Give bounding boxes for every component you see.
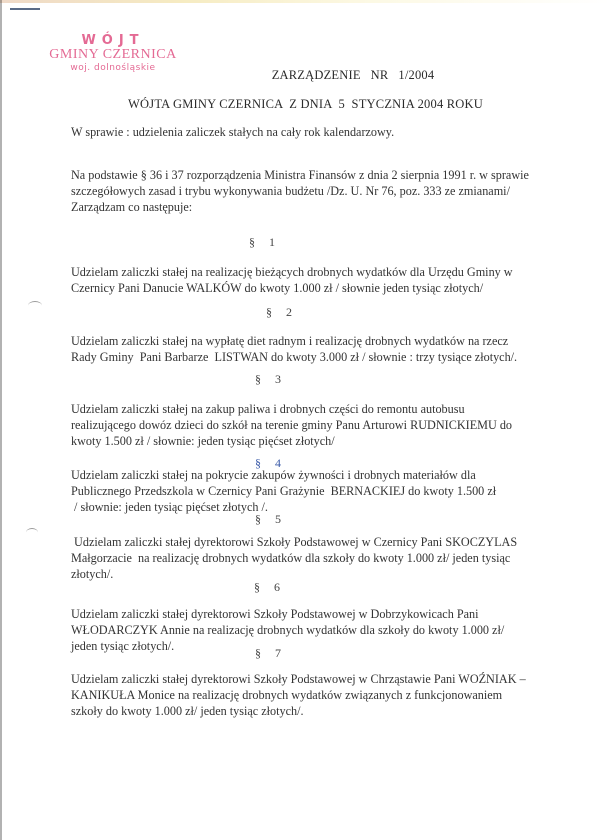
section-heading-3: §3 (255, 372, 281, 387)
section-body-3: Udzielam zaliczki stałej na zakup paliwa… (71, 401, 561, 449)
section-line: realizującego dowóz dzieci do szkół na t… (71, 417, 561, 433)
scan-mark (10, 8, 40, 10)
section-symbol: § (266, 305, 272, 319)
section-line: Udzielam zaliczki stałej dyrektorowi Szk… (71, 534, 561, 550)
section-number: 6 (274, 580, 280, 594)
section-line: / słownie: jeden tysiąc pięćset złotych … (71, 499, 561, 515)
legal-basis-line: Na podstawie § 36 i 37 rozporządzenia Mi… (71, 167, 561, 183)
section-line: Udzielam zaliczki stałej na zakup paliwa… (71, 401, 561, 417)
section-line: Rady Gminy Pani Barbarze LISTWAN do kwot… (71, 349, 561, 365)
document-subtitle: WÓJTA GMINY CZERNICA Z DNIA 5 STYCZNIA 2… (0, 97, 611, 112)
section-line: WŁODARCZYK Annie na realizację drobnych … (71, 622, 561, 638)
punch-hole-mark (28, 301, 42, 310)
section-line: Udzielam zaliczki stałej na realizację b… (71, 264, 561, 280)
section-heading-6: §6 (254, 580, 280, 595)
section-line: Czernicy Pani Danucie WALKÓW do kwoty 1.… (71, 280, 561, 296)
subject-line: W sprawie : udzielenia zaliczek stałych … (71, 124, 561, 140)
stamp-line-1: WÓJT (38, 34, 188, 47)
section-number: 7 (275, 646, 281, 660)
section-line: złotych/. (71, 566, 561, 582)
section-body-6: Udzielam zaliczki stałej dyrektorowi Szk… (71, 606, 561, 654)
legal-basis-line: szczegółowych zasad i trybu wykonywania … (71, 183, 561, 199)
section-heading-2: §2 (266, 305, 292, 320)
section-symbol: § (254, 580, 260, 594)
section-body-7: Udzielam zaliczki stałej dyrektorowi Szk… (71, 671, 561, 719)
stamp-line-2: GMINY CZERNICA (38, 48, 188, 62)
legal-basis: Na podstawie § 36 i 37 rozporządzenia Mi… (71, 167, 561, 215)
section-number: 1 (269, 235, 275, 249)
section-line: Udzielam zaliczki stałej na wypłatę diet… (71, 333, 561, 349)
section-line: Udzielam zaliczki stałej dyrektorowi Szk… (71, 606, 561, 622)
section-line: kwoty 1.500 zł / słownie: jeden tysiąc p… (71, 433, 561, 449)
scanned-document-page: WÓJT GMINY CZERNICA woj. dolnośląskie ZA… (0, 0, 611, 840)
section-line: jeden tysiąc złotych/. (71, 638, 561, 654)
section-number: 2 (286, 305, 292, 319)
section-line: szkoły do kwoty 1.000 zł/ jeden tysiąc z… (71, 703, 561, 719)
section-line: KANIKUŁA Monice na realizację drobnych w… (71, 687, 561, 703)
section-body-4: Udzielam zaliczki stałej na pokrycie zak… (71, 467, 561, 515)
section-number: 3 (275, 372, 281, 386)
section-body-1: Udzielam zaliczki stałej na realizację b… (71, 264, 561, 296)
section-symbol: § (255, 512, 261, 526)
scan-top-edge (0, 0, 611, 3)
section-heading-5: §5 (255, 512, 281, 527)
section-symbol: § (249, 235, 255, 249)
section-line: Małgorzacie na realizację drobnych wydat… (71, 550, 561, 566)
document-title: ZARZĄDZENIE NR 1/2004 (0, 68, 611, 83)
section-symbol: § (255, 646, 261, 660)
section-number: 5 (275, 512, 281, 526)
section-line: Udzielam zaliczki stałej na pokrycie zak… (71, 467, 561, 483)
section-line: Publicznego Przedszkola w Czernicy Pani … (71, 483, 561, 499)
section-body-5: Udzielam zaliczki stałej dyrektorowi Szk… (71, 534, 561, 582)
section-heading-7: §7 (255, 646, 281, 661)
punch-hole-mark (26, 528, 38, 537)
section-symbol: § (255, 372, 261, 386)
section-heading-1: §1 (249, 235, 275, 250)
legal-basis-line: Zarządzam co następuje: (71, 199, 561, 215)
section-body-2: Udzielam zaliczki stałej na wypłatę diet… (71, 333, 561, 365)
scan-left-edge (0, 0, 2, 840)
section-line: Udzielam zaliczki stałej dyrektorowi Szk… (71, 671, 561, 687)
